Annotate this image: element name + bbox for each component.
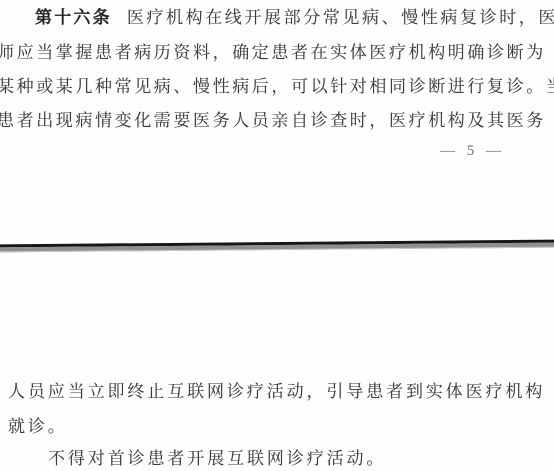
- page-separator: [0, 240, 554, 252]
- paragraph-line: 师应当掌握患者病历资料，确定患者在实体医疗机构明确诊断为: [0, 42, 546, 64]
- paragraph-line: 人员应当立即终止互联网诊疗活动，引导患者到实体医疗机构: [8, 381, 545, 403]
- page-number: — 5 —: [440, 143, 505, 160]
- paragraph-line: 不得对首诊患者开展互联网诊疗活动。: [48, 448, 386, 470]
- article-heading: 第十六条: [35, 8, 112, 27]
- scanned-document-page: 第十六条医疗机构在线开展部分常见病、慢性病复诊时，医 师应当掌握患者病历资料，确…: [0, 0, 554, 471]
- paragraph-line: 就诊。: [8, 416, 68, 438]
- paragraph-line: 某种或某几种常见病、慢性病后，可以针对相同诊断进行复诊。当: [0, 76, 554, 98]
- paragraph-line: 患者出现病情变化需要医务人员亲自诊查时，医疗机构及其医务: [0, 110, 546, 132]
- paragraph-line-text: 医疗机构在线开展部分常见病、慢性病复诊时，医: [127, 8, 554, 27]
- paragraph-line: 第十六条医疗机构在线开展部分常见病、慢性病复诊时，医: [35, 7, 554, 29]
